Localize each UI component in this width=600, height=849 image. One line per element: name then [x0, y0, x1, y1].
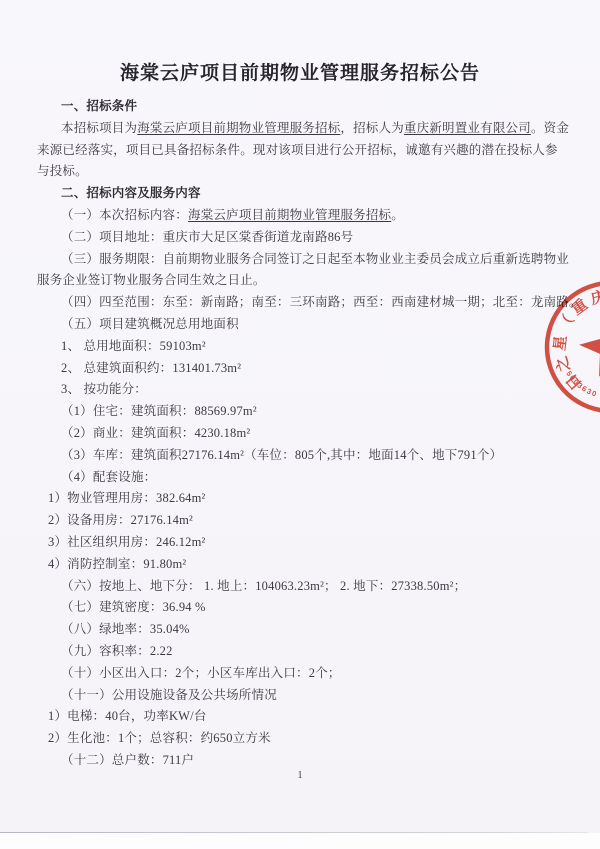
doc-line: （3）车库：建筑面积27176.14m²（车位：805个,其中：地面14个、地下…: [61, 445, 582, 467]
doc-line: （十）小区出入口：2个；小区车库出入口：2个；: [61, 663, 582, 685]
text-segment: 4）消防控制室：91.80m²: [48, 557, 186, 571]
underlined-text: 海棠云庐项目前期物业管理服务招标: [137, 121, 340, 135]
text-segment: （4）配套设施：: [61, 470, 156, 484]
text-segment: （十一）公用设施设备及公共场所情况: [61, 688, 277, 702]
text-segment: （八）绿地率：35.04%: [61, 622, 190, 636]
doc-line: （三）服务期限：自前期物业服务合同签订之日起至本物业业主委员会成立后重新选聘物业: [61, 249, 582, 271]
text-segment: （三）服务期限：自前期物业服务合同签订之日起至本物业业主委员会成立后重新选聘物业: [61, 252, 569, 266]
text-segment: （一）本次招标内容：: [61, 208, 188, 222]
page-edge-shadow: [0, 832, 588, 833]
text-segment: 来源已经落实，项目已具备招标条件。现对该项目进行公开招标，诚邀有兴趣的潜在投标人…: [37, 143, 558, 157]
doc-line: 4）消防控制室：91.80m²: [48, 554, 582, 576]
document-body: 一、招标条件本招标项目为海棠云庐项目前期物业管理服务招标，招标人为重庆新明置业有…: [37, 96, 582, 772]
doc-line: （八）绿地率：35.04%: [61, 619, 582, 641]
text-segment: 3）社区组织用房：246.12m²: [48, 535, 206, 549]
doc-line: （4）配套设施：: [61, 467, 582, 489]
text-segment: 2、 总建筑面积约：131401.73m²: [61, 361, 241, 375]
doc-line: 2、 总建筑面积约：131401.73m²: [61, 358, 582, 380]
doc-line: 2）设备用房：27176.14m²: [48, 510, 582, 532]
text-segment: （四）四至范围：东至：新南路；南至：三环南路；西至：西南建材城一期；北至：龙南路…: [61, 295, 582, 309]
text-segment: 1、 总用地面积：59103m²: [61, 339, 206, 353]
doc-line: 本招标项目为海棠云庐项目前期物业管理服务招标，招标人为重庆新明置业有限公司。资金: [61, 118, 582, 140]
doc-line: （二）项目地址：重庆市大足区棠香街道龙南路86号: [61, 227, 582, 249]
text-segment: （五）项目建筑概况总用地面积: [61, 317, 239, 331]
text-segment: 与投标。: [37, 164, 88, 178]
doc-line: 1）电梯：40台，功率KW/台: [48, 706, 582, 728]
doc-line: 1）物业管理用房：382.64m²: [48, 488, 582, 510]
text-segment: 服务企业签订物业服务合同生效之日止。: [37, 273, 266, 287]
text-segment: （九）容积率：2.22: [61, 644, 173, 658]
doc-line: 服务企业签订物业服务合同生效之日止。: [37, 270, 582, 292]
text-segment: 2）设备用房：27176.14m²: [48, 513, 193, 527]
doc-line: 2）生化池：1个；总容积：约650立方米: [48, 728, 582, 750]
text-segment: 3、 按功能分：: [61, 382, 147, 396]
document-title: 海棠云庐项目前期物业管理服务招标公告: [0, 58, 600, 85]
text-segment: （2）商业：建筑面积：4230.18m²: [61, 426, 250, 440]
text-segment: （七）建筑密度：36.94 %: [61, 600, 206, 614]
text-segment: （3）车库：建筑面积27176.14m²（车位：805个,其中：地面14个、地下…: [61, 448, 502, 462]
doc-line: （五）项目建筑概况总用地面积: [61, 314, 582, 336]
text-segment: 二、招标内容及服务内容: [61, 186, 201, 200]
doc-line: 与投标。: [37, 161, 582, 183]
text-segment: 。: [391, 208, 404, 222]
text-segment: （1）住宅：建筑面积：88569.97m²: [61, 404, 257, 418]
scanned-page: 海棠云庐项目前期物业管理服务招标公告 一、招标条件本招标项目为海棠云庐项目前期物…: [0, 0, 600, 833]
underlined-text: 海棠云庐项目前期物业管理服务招标: [188, 208, 391, 222]
doc-line: （四）四至范围：东至：新南路；南至：三环南路；西至：西南建材城一期；北至：龙南路…: [61, 292, 582, 314]
doc-line: 来源已经落实，项目已具备招标条件。现对该项目进行公开招标，诚邀有兴趣的潜在投标人…: [37, 140, 582, 162]
doc-line: （七）建筑密度：36.94 %: [61, 597, 582, 619]
doc-line: （六）按地上、地下分： 1. 地上：104063.23m²； 2. 地下：273…: [61, 576, 582, 598]
doc-line: （十一）公用设施设备及公共场所情况: [61, 685, 582, 707]
text-segment: 1）物业管理用房：382.64m²: [48, 491, 206, 505]
doc-line: （一）本次招标内容：海棠云庐项目前期物业管理服务招标。: [61, 205, 582, 227]
section-heading-line: 二、招标内容及服务内容: [61, 183, 582, 205]
section-heading-line: 一、招标条件: [61, 96, 582, 118]
page-number: 1: [0, 769, 600, 781]
doc-line: （1）住宅：建筑面积：88569.97m²: [61, 401, 582, 423]
doc-line: 3、 按功能分：: [61, 379, 582, 401]
doc-line: （2）商业：建筑面积：4230.18m²: [61, 423, 582, 445]
text-segment: （二）项目地址：重庆市大足区棠香街道龙南路86号: [61, 230, 353, 244]
scan-background: [0, 834, 600, 849]
text-segment: 本招标项目为: [61, 121, 137, 135]
text-segment: 1）电梯：40台，功率KW/台: [48, 709, 207, 723]
doc-line: （九）容积率：2.22: [61, 641, 582, 663]
text-segment: （十）小区出入口：2个；小区车库出入口：2个；: [61, 666, 341, 680]
text-segment: 2）生化池：1个；总容积：约650立方米: [48, 731, 271, 745]
text-segment: 一、招标条件: [61, 99, 137, 113]
text-segment: 。资金: [531, 121, 569, 135]
doc-line: 1、 总用地面积：59103m²: [61, 336, 582, 358]
doc-line: 3）社区组织用房：246.12m²: [48, 532, 582, 554]
company-seal-stamp: 日之星（重庆） 5003630: [526, 262, 600, 432]
underlined-text: 重庆新明置业有限公司: [404, 121, 531, 135]
text-segment: （十二）总户数：711户: [61, 753, 194, 767]
text-segment: （六）按地上、地下分： 1. 地上：104063.23m²； 2. 地下：273…: [61, 579, 466, 593]
text-segment: ，招标人为: [340, 121, 404, 135]
